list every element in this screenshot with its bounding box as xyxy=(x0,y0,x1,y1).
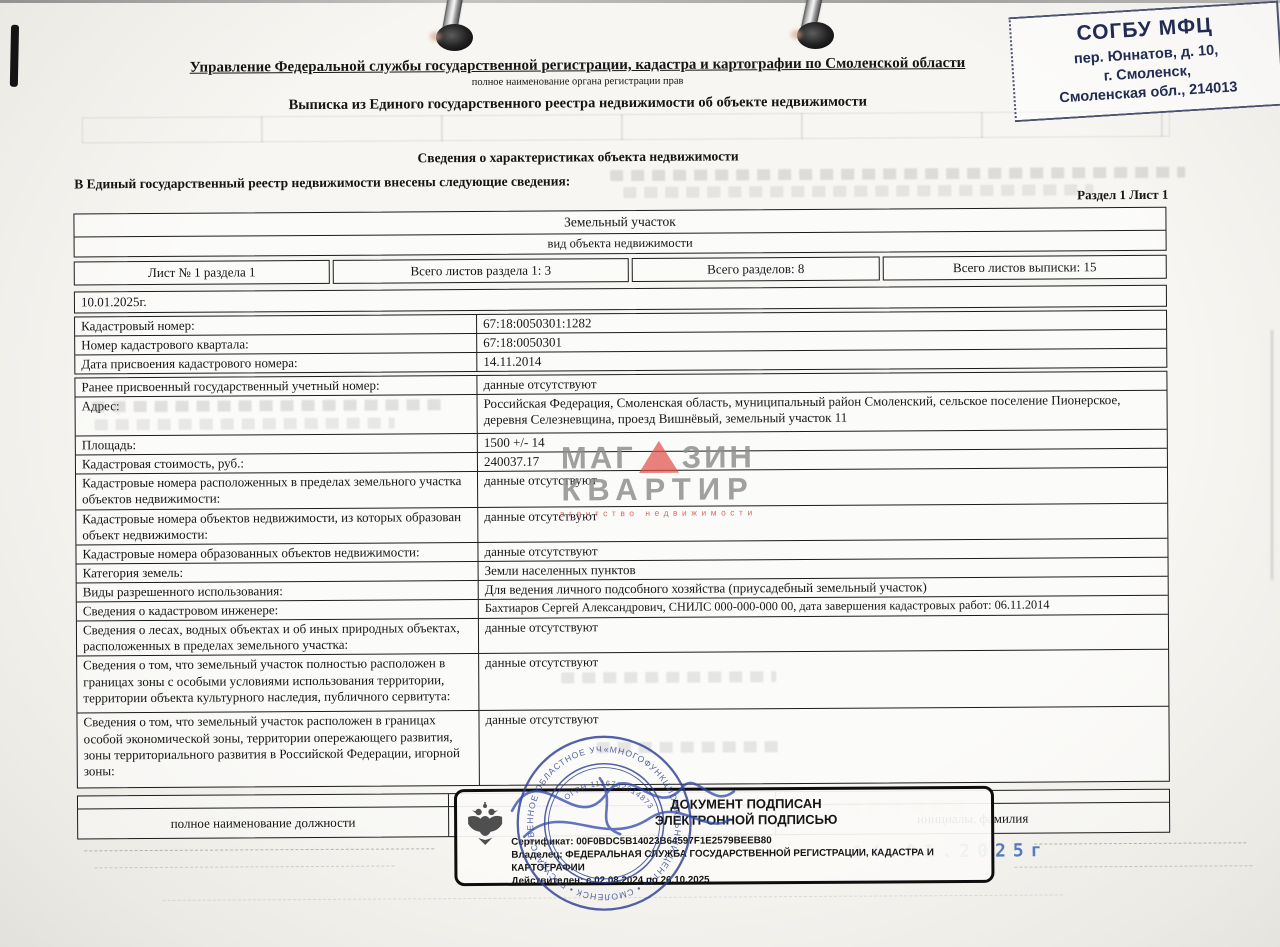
bleed-through-band xyxy=(82,111,1170,144)
corner-ink-mark xyxy=(10,25,19,87)
bleed-through-line xyxy=(94,866,394,869)
table-row: Сведения о том, что земельный участок по… xyxy=(77,650,1168,714)
row-value: данные отсутствуют xyxy=(479,615,1168,653)
total-sheets-cell: Всего листов выписки: 15 xyxy=(883,255,1167,281)
row-label: Сведения о лесах, водных объектах и об и… xyxy=(77,619,479,656)
row-label: Дата присвоения кадастрового номера: xyxy=(75,353,477,374)
row-label: Кадастровые номера расположенных в преде… xyxy=(76,472,478,509)
position-caption: полное наименование должности xyxy=(78,807,449,838)
row-label: Виды разрешенного использования: xyxy=(77,581,479,602)
row-label: Кадастровый номер: xyxy=(75,315,477,336)
row-label: Кадастровые номера образованных объектов… xyxy=(76,543,478,564)
document-header: Управление Федеральной службы государств… xyxy=(67,54,1087,115)
total-sections-cell: Всего разделов: 8 xyxy=(632,257,880,283)
ring-glint xyxy=(791,30,802,39)
sheet-info-row: Лист № 1 раздела 1 Всего листов раздела … xyxy=(74,255,1167,286)
row-label: Номер кадастрового квартала: xyxy=(75,334,477,355)
row-value: Российская Федерация, Смоленская область… xyxy=(478,391,1167,433)
bleed-through-line xyxy=(1014,865,1252,867)
row-label: Адрес: xyxy=(76,395,478,435)
bleed-through-line xyxy=(1034,842,1246,844)
bleed-through-text xyxy=(610,167,1185,182)
row-label: Сведения о кадастровом инженере: xyxy=(77,600,479,621)
row-label: Сведения о том, что земельный участок по… xyxy=(77,654,479,712)
mfc-address-stamp: СОГБУ МФЦ пер. Юннатов, д. 10, г. Смолен… xyxy=(1009,1,1280,122)
row-value: данные отсутствуют xyxy=(478,468,1167,506)
row-label: Сведения о том, что земельный участок ра… xyxy=(77,711,479,787)
section-sheets-cell: Всего листов раздела 1: 3 xyxy=(333,258,629,284)
bleed-through-line xyxy=(84,848,434,851)
row-label: Категория земель: xyxy=(77,562,479,583)
row-value: данные отсутствуют xyxy=(478,503,1167,541)
sheet-number-cell: Лист № 1 раздела 1 xyxy=(74,260,330,286)
section-title: Сведения о характеристиках объекта недви… xyxy=(68,146,1088,168)
extract-date-row: 10.01.2025г. xyxy=(74,285,1167,314)
intro-statement: В Единый государственный реестр недвижим… xyxy=(74,173,570,192)
bleed-through-text xyxy=(623,184,1093,198)
row-label: Кадастровые номера объектов недвижимости… xyxy=(76,508,478,545)
scanned-document-page: СОГБУ МФЦ пер. Юннатов, д. 10, г. Смолен… xyxy=(0,0,1280,947)
document-title: Выписка из Единого государственного реес… xyxy=(68,92,1088,115)
cadastral-numbers-table: Кадастровый номер: 67:18:0050301:1282 Но… xyxy=(74,310,1167,375)
section-page-label: Раздел 1 Лист 1 xyxy=(1028,187,1168,204)
handwritten-signature xyxy=(480,737,761,889)
row-label: Ранее присвоенный государственный учетны… xyxy=(75,376,477,397)
row-value: данные отсутствуют xyxy=(479,650,1168,710)
ring-glint xyxy=(430,32,441,41)
row-value: 14.11.2014 xyxy=(477,349,1166,371)
punched-hole-icon xyxy=(436,24,473,51)
punched-hole-icon xyxy=(797,22,834,49)
row-label: Кадастровая стоимость, руб.: xyxy=(76,453,478,474)
row-label: Площадь: xyxy=(76,434,478,455)
object-type-table: Земельный участок вид объекта недвижимос… xyxy=(73,207,1166,258)
table-row: Адрес: Российская Федерация, Смоленская … xyxy=(76,391,1167,437)
